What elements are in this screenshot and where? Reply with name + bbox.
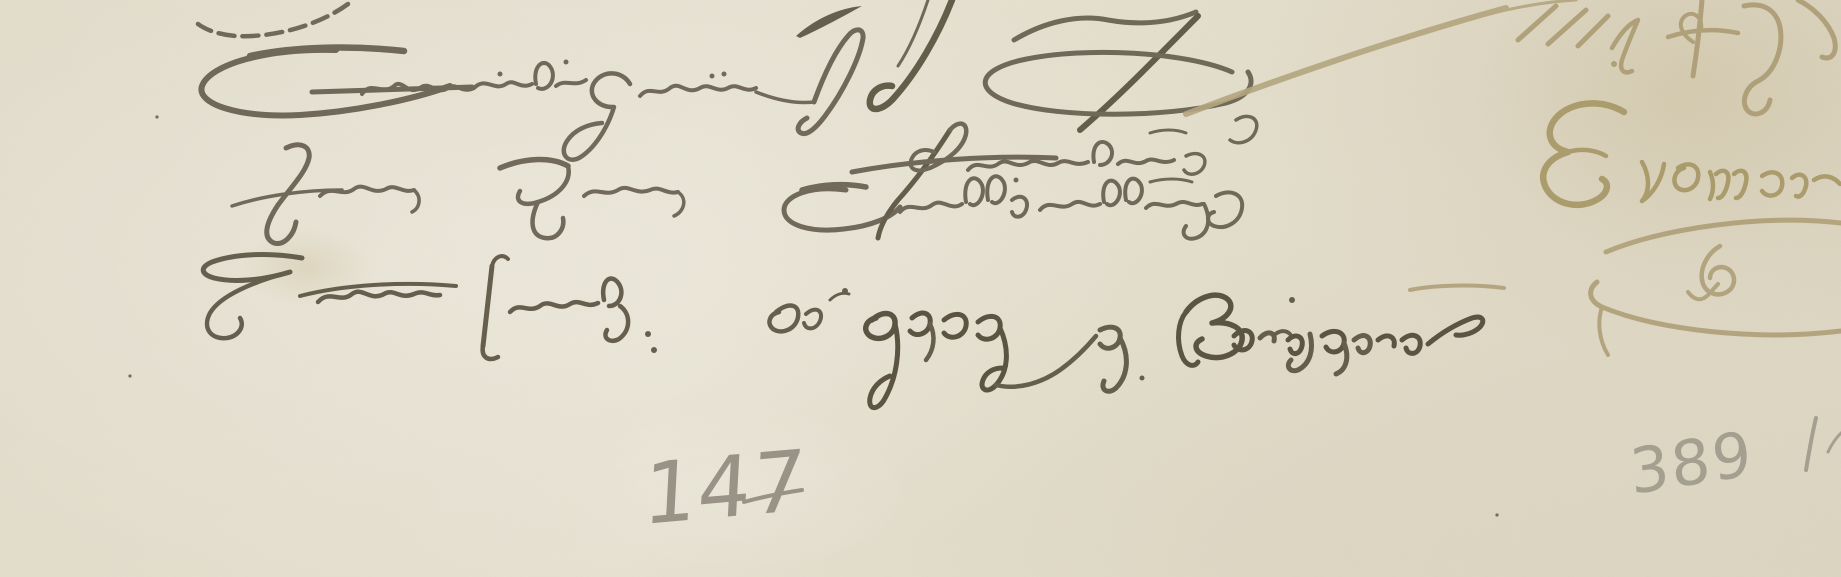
folio-number-text: 147 <box>641 431 809 544</box>
manuscript-scan: 147 389 <box>0 0 1841 577</box>
pencil-folio-number: 147 <box>641 431 809 544</box>
paper-texture <box>0 0 1841 577</box>
manuscript-page: 147 389 <box>0 0 1841 577</box>
